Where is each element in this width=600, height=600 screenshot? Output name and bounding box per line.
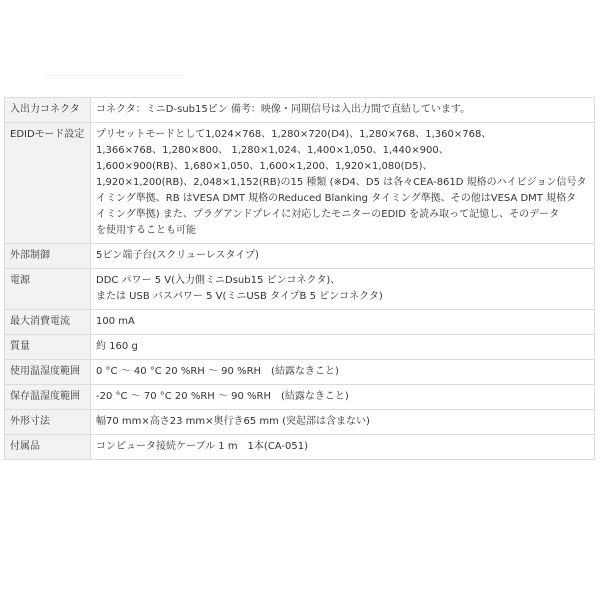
edid-line: イミング準拠、RB はVESA DMT 規格のReduced Blanking … <box>96 191 589 207</box>
row-label-mass: 質量 <box>5 335 91 360</box>
table-row: 入出力コネクタ コネクタ：ミニD-sub15ピン 備考：映像・同期信号は入出力間… <box>5 98 595 123</box>
edid-line: プリセットモードとして1,024×768、1,280×720(D4)、1,280… <box>96 127 589 143</box>
row-label-dimensions: 外形寸法 <box>5 410 91 435</box>
row-label-connector: 入出力コネクタ <box>5 98 91 123</box>
table-row: 使用温湿度範囲 0 °C ～ 40 °C 20 %RH ～ 90 %RH (結露… <box>5 360 595 385</box>
power-line: DDC パワー 5 V(入力側ミニDsub15 ピンコネクタ)、 <box>96 273 589 289</box>
table-row: 電源 DDC パワー 5 V(入力側ミニDsub15 ピンコネクタ)、 または … <box>5 269 595 310</box>
row-label-edid: EDIDモード設定 <box>5 123 91 244</box>
edid-line: 1,366×768、1,280×800、 1,280×1,024、1,400×1… <box>96 143 589 159</box>
row-label-operating-temp: 使用温湿度範囲 <box>5 360 91 385</box>
table-row: 外部制御 5ピン端子台(スクリューレスタイプ) <box>5 244 595 269</box>
table-row: 保存温湿度範囲 -20 °C ～ 70 °C 20 %RH ～ 90 %RH (… <box>5 385 595 410</box>
row-value-power: DDC パワー 5 V(入力側ミニDsub15 ピンコネクタ)、 または USB… <box>91 269 595 310</box>
table-row: 外形寸法 幅70 mm×高さ23 mm×奥行き65 mm (突起部は含まない) <box>5 410 595 435</box>
row-value-operating-temp: 0 °C ～ 40 °C 20 %RH ～ 90 %RH (結露なきこと) <box>91 360 595 385</box>
spec-table: 入出力コネクタ コネクタ：ミニD-sub15ピン 備考：映像・同期信号は入出力間… <box>4 97 595 460</box>
row-value-external-control: 5ピン端子台(スクリューレスタイプ) <box>91 244 595 269</box>
row-value-accessories: コンピュータ接続ケーブル 1 m 1本(CA-051) <box>91 435 595 460</box>
edid-line: を使用することも可能 <box>96 223 589 239</box>
edid-line: 1,920×1,200(RB)、2,048×1,152(RB)の15 種類 (※… <box>96 175 589 191</box>
edid-line: イミング準拠) また、プラグアンドプレイに対応したモニターのEDID を読み取っ… <box>96 207 589 223</box>
row-label-external-control: 外部制御 <box>5 244 91 269</box>
row-value-connector: コネクタ：ミニD-sub15ピン 備考：映像・同期信号は入出力間で直結しています… <box>91 98 595 123</box>
table-row: 付属品 コンピュータ接続ケーブル 1 m 1本(CA-051) <box>5 435 595 460</box>
row-value-edid: プリセットモードとして1,024×768、1,280×720(D4)、1,280… <box>91 123 595 244</box>
row-value-max-current: 100 mA <box>91 310 595 335</box>
power-line: または USB バスパワー 5 V(ミニUSB タイプB 5 ピンコネクタ) <box>96 289 589 305</box>
edid-line: 1,600×900(RB)、1,680×1,050、1,600×1,200、1,… <box>96 159 589 175</box>
row-label-accessories: 付属品 <box>5 435 91 460</box>
row-label-power: 電源 <box>5 269 91 310</box>
table-row: EDIDモード設定 プリセットモードとして1,024×768、1,280×720… <box>5 123 595 244</box>
row-value-storage-temp: -20 °C ～ 70 °C 20 %RH ～ 90 %RH (結露なきこと) <box>91 385 595 410</box>
row-label-max-current: 最大消費電流 <box>5 310 91 335</box>
row-value-dimensions: 幅70 mm×高さ23 mm×奥行き65 mm (突起部は含まない) <box>91 410 595 435</box>
table-row: 最大消費電流 100 mA <box>5 310 595 335</box>
table-row: 質量 約 160 g <box>5 335 595 360</box>
divider <box>45 75 185 76</box>
row-label-storage-temp: 保存温湿度範囲 <box>5 385 91 410</box>
row-value-mass: 約 160 g <box>91 335 595 360</box>
